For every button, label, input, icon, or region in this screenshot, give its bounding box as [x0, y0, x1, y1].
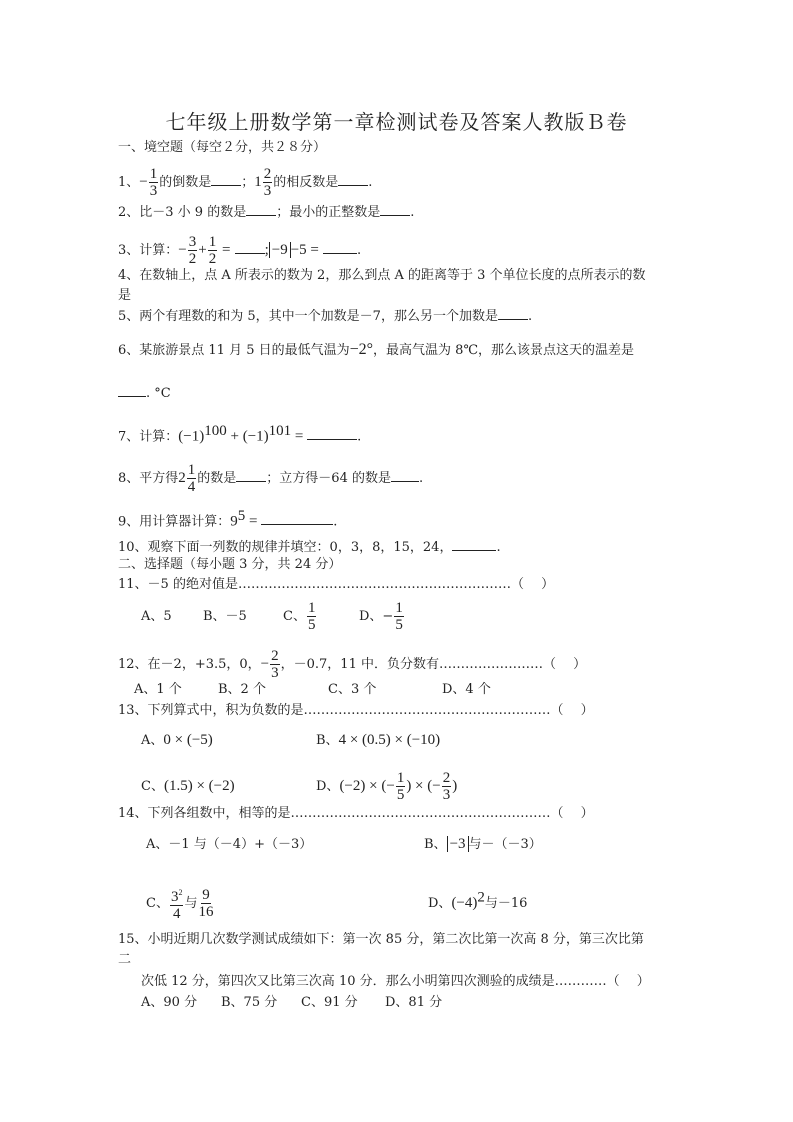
- question-6: 6、某旅游景点 11 月 5 日的最低气温为−2°，最高气温为 8℃，那么该景点…: [118, 342, 634, 359]
- answer-blank[interactable]: [338, 173, 368, 186]
- option-b[interactable]: B、4 × (0.5) × (−10): [316, 733, 440, 748]
- question-5: 5、两个有理数的和为 5，其中一个加数是－7，那么另一个加数是.: [118, 307, 532, 325]
- question-12-options: A、1 个B、2 个C、3 个D、4 个: [134, 682, 491, 698]
- answer-blank[interactable]: [246, 203, 276, 216]
- option-b[interactable]: B、75 分: [221, 995, 301, 1011]
- option-d[interactable]: D、81 分: [385, 995, 442, 1010]
- answer-blank[interactable]: [235, 241, 265, 254]
- question-15-line-2: 二: [118, 952, 131, 968]
- option-a[interactable]: A、1 个: [134, 682, 218, 698]
- answer-blank[interactable]: [307, 427, 357, 440]
- question-13-row-2: C、(1.5) × (−2)D、(−2) × (−15) × (−23): [141, 770, 457, 803]
- question-14: 14、下列各组数中，相等的是……………………………………………………（ ）: [118, 806, 594, 822]
- option-d[interactable]: D、(−2) × (−15) × (−23): [316, 779, 457, 794]
- question-11-options: A、5B、－5C、15D、−15: [141, 600, 405, 633]
- option-c[interactable]: C、91 分: [301, 995, 385, 1011]
- option-d[interactable]: D、4 个: [442, 682, 491, 697]
- option-c[interactable]: C、3 个: [328, 682, 442, 698]
- answer-blank[interactable]: [261, 512, 333, 525]
- question-4-line-1: 4、在数轴上，点 A 所表示的数为 2，那么到点 A 的距离等于 3 个单位长度…: [118, 268, 646, 284]
- question-15-line-1: 15、小明近期几次数学测试成绩如下：第一次 85 分，第二次比第一次高 8 分，…: [118, 932, 644, 948]
- answer-blank[interactable]: [380, 203, 410, 216]
- option-a[interactable]: A、5: [141, 609, 203, 625]
- option-b[interactable]: B、－5: [203, 609, 283, 625]
- option-b[interactable]: B、2 个: [218, 682, 328, 698]
- question-1: 1、−13的倒数是；123的相反数是.: [118, 166, 372, 199]
- question-11: 11、－5 的绝对值是………………………………………………………（ ）: [118, 577, 554, 593]
- question-8: 8、平方得214的数是；立方得－64 的数是.: [118, 462, 423, 495]
- option-a[interactable]: A、－1 与（－4）+（－3）: [146, 837, 424, 853]
- option-c[interactable]: C、(1.5) × (−2): [141, 778, 316, 795]
- question-7: 7、计算：(−1)100 + (−1)101 = .: [118, 423, 361, 445]
- option-c[interactable]: C、324与916: [146, 885, 428, 922]
- question-2: 2、比－3 小 9 的数是；最小的正整数是.: [118, 203, 414, 221]
- option-a[interactable]: A、90 分: [141, 995, 221, 1011]
- question-9: 9、用计算器计算：95 = .: [118, 508, 337, 530]
- answer-blank[interactable]: [236, 469, 266, 482]
- option-d[interactable]: D、−15: [359, 609, 405, 624]
- question-15-line-3: 次低 12 分，第四次又比第三次高 10 分．那么小明第四次测验的成绩是……………: [141, 974, 650, 990]
- question-4-line-2: 是: [118, 288, 131, 304]
- answer-blank[interactable]: [391, 469, 419, 482]
- question-3: 3、计算：−32+12 = ;−9−5 = .: [118, 234, 361, 267]
- option-b[interactable]: B、−3与－（－3）: [424, 837, 542, 852]
- question-10: 10、观察下面一列数的规律并填空：0，3，8，15，24，.: [118, 538, 501, 556]
- section-2-heading: 二、选择题（每小题 3 分，共 24 分）: [118, 557, 341, 573]
- answer-blank[interactable]: [498, 307, 528, 320]
- page-title: 七年级上册数学第一章检测试卷及答案人教版Ｂ卷: [0, 106, 793, 135]
- question-6-line-2: . °C: [118, 384, 171, 402]
- question-12: 12、在－2，+3.5，0，−23，－0.7，11 中．负分数有………………………: [118, 648, 586, 681]
- option-a[interactable]: A、0 × (−5): [141, 732, 316, 749]
- question-14-row-2: C、324与916D、(−4)2与－16: [146, 885, 527, 922]
- section-1-heading: 一、境空题（每空２分，共２８分）: [118, 140, 326, 156]
- option-d[interactable]: D、(−4)2与－16: [428, 896, 527, 911]
- answer-blank[interactable]: [323, 241, 357, 254]
- question-13: 13、下列算式中，积为负数的是…………………………………………………（ ）: [118, 703, 594, 719]
- answer-blank[interactable]: [211, 173, 241, 186]
- answer-blank[interactable]: [118, 384, 146, 397]
- question-14-row-1: A、－1 与（－4）+（－3）B、−3与－（－3）: [146, 836, 542, 853]
- question-13-row-1: A、0 × (−5)B、4 × (0.5) × (−10): [141, 732, 440, 749]
- answer-blank[interactable]: [452, 538, 496, 551]
- option-c[interactable]: C、15: [283, 600, 359, 633]
- question-15-options: A、90 分B、75 分C、91 分D、81 分: [141, 995, 442, 1011]
